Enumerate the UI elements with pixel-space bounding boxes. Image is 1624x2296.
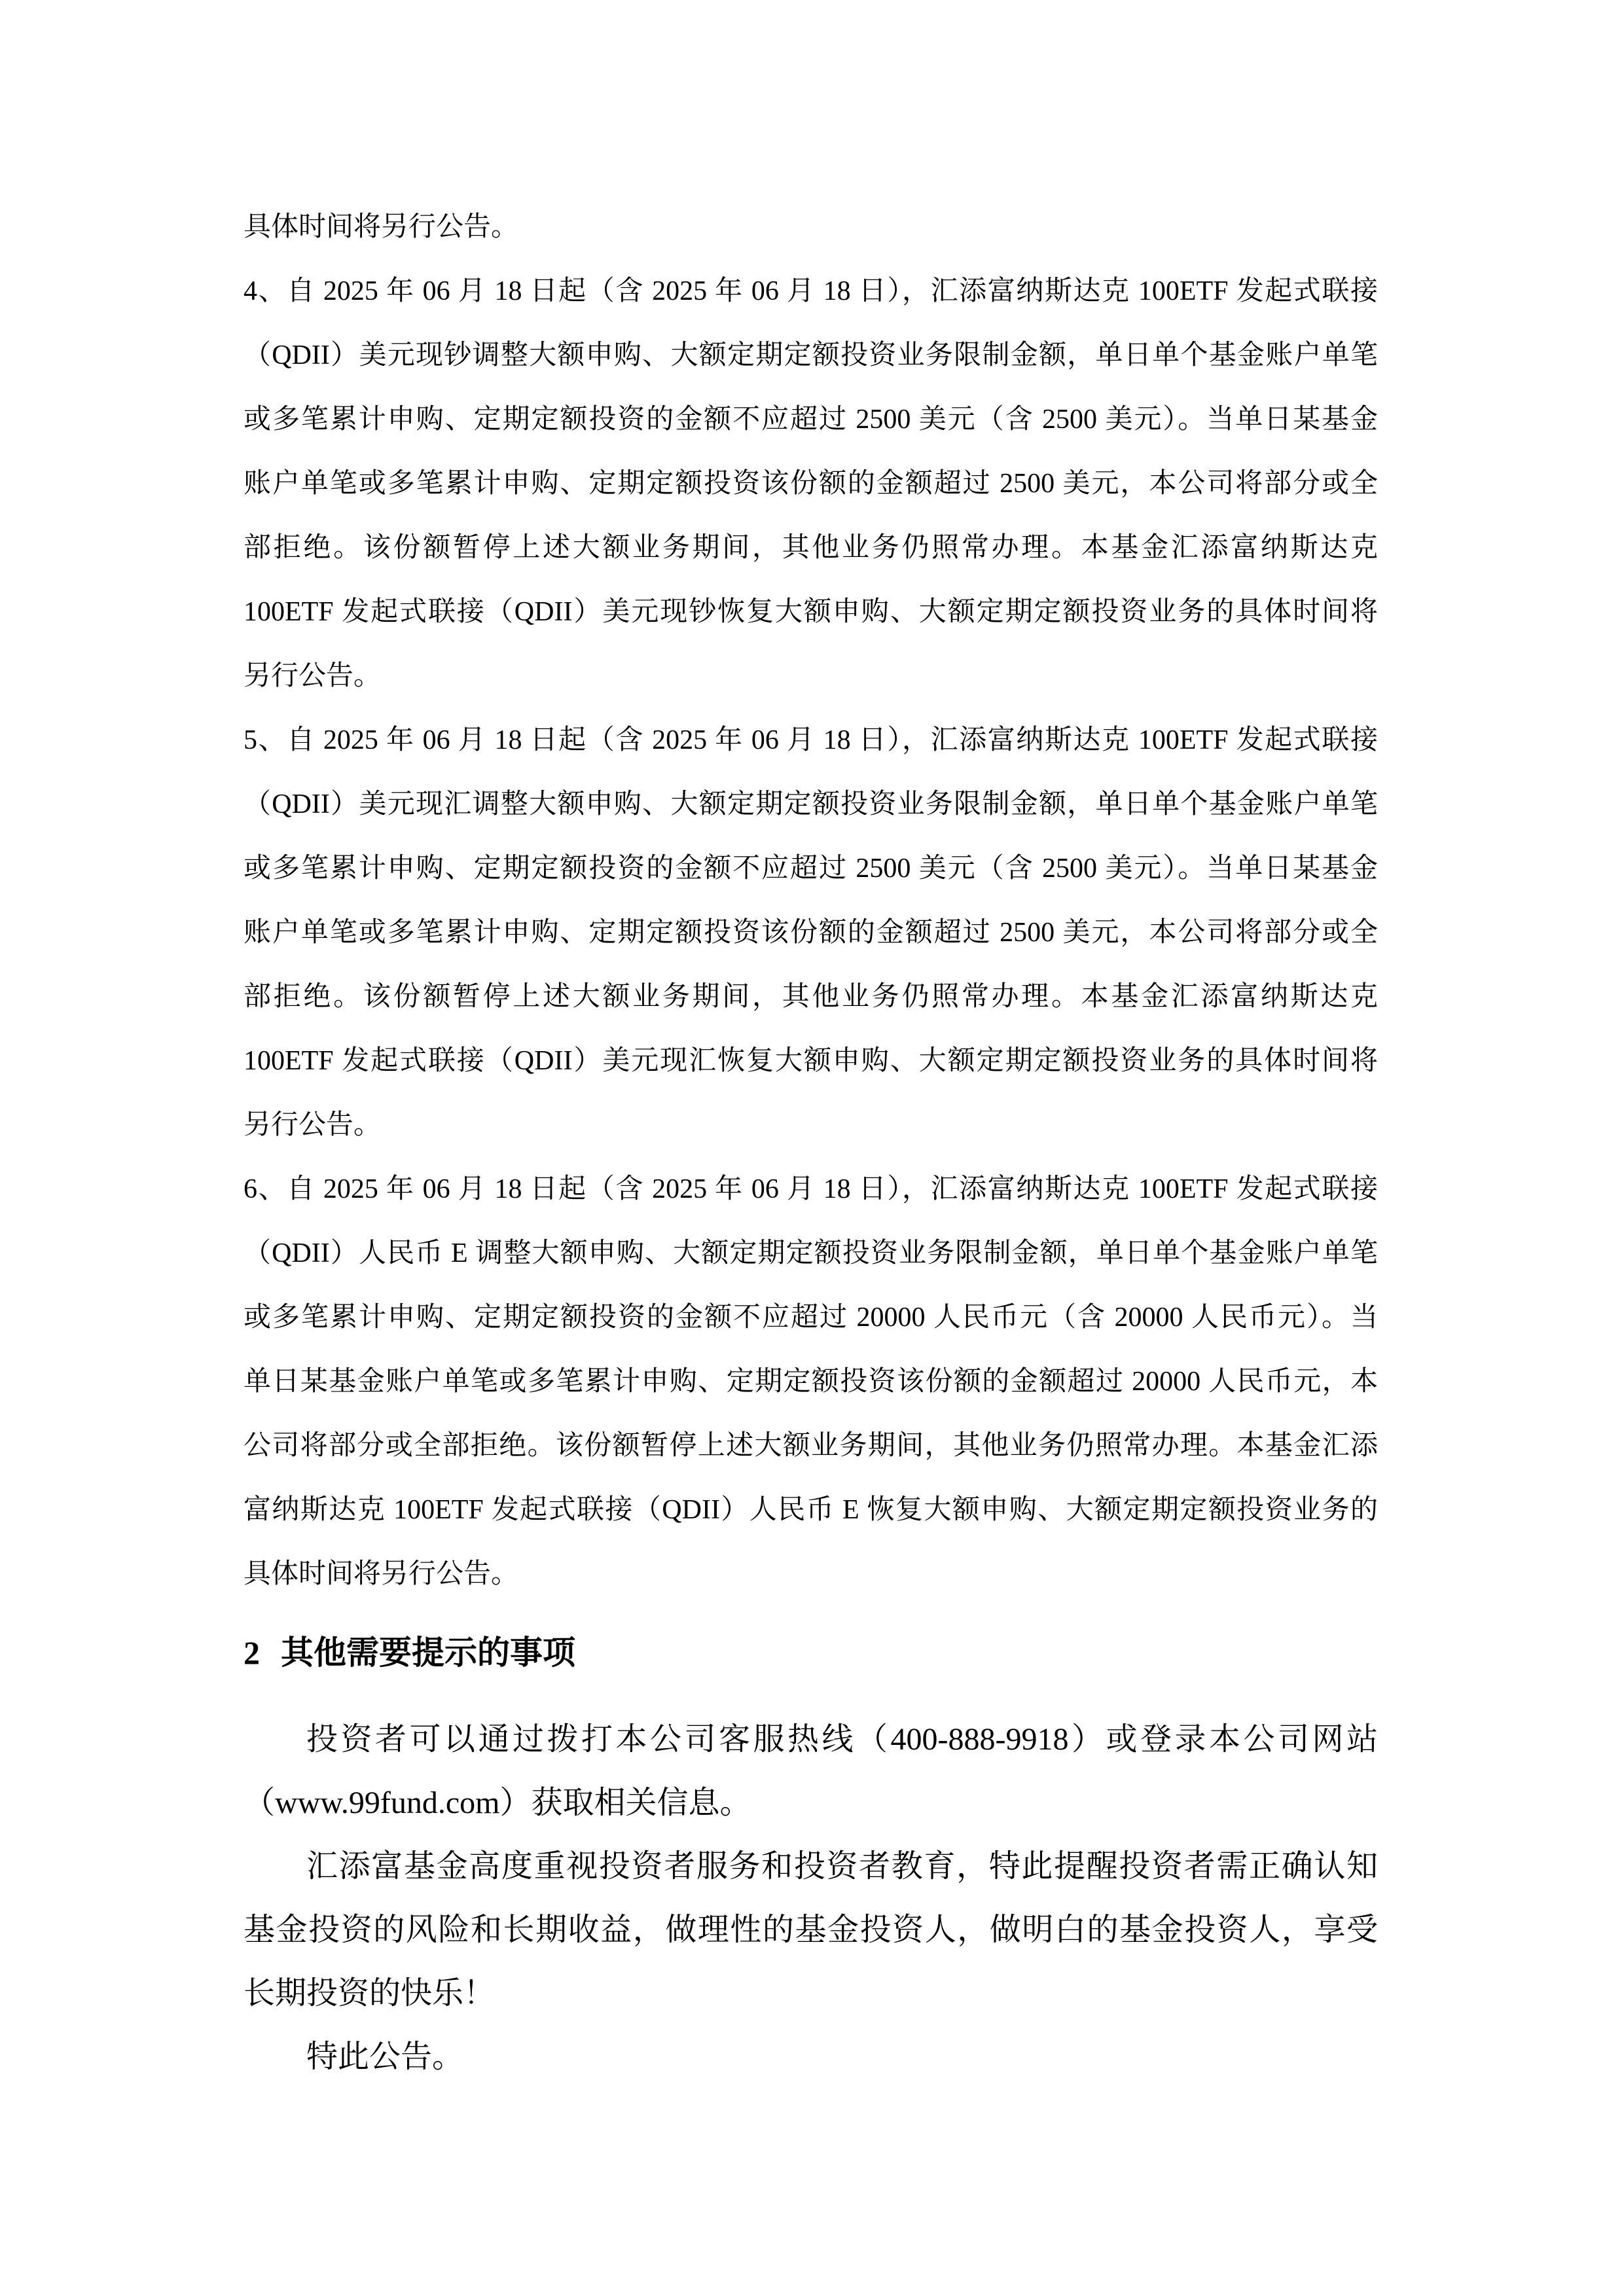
notes-line: 特此公告。 [244, 2025, 1378, 2089]
body-line: 100ETF 发起式联接（QDII）美元现汇恢复大额申购、大额定期定额投资业务的… [244, 1029, 1378, 1093]
body-line: 账户单笔或多笔累计申购、定期定额投资该份额的金额超过 2500 美元，本公司将部… [244, 901, 1378, 965]
body-line: 或多笔累计申购、定期定额投资的金额不应超过 2500 美元（含 2500 美元）… [244, 387, 1378, 452]
body-line: 富纳斯达克 100ETF 发起式联接（QDII）人民币 E 恢复大额申购、大额定… [244, 1478, 1378, 1542]
notes-line: 长期投资的快乐！ [244, 1962, 1378, 2025]
notes-line: 基金投资的风险和长期收益，做理性的基金投资人，做明白的基金投资人，享受 [244, 1898, 1378, 1962]
notes-line: 投资者可以通过拨打本公司客服热线（400-888-9918）或登录本公司网站 [244, 1708, 1378, 1771]
body-line: 公司将部分或全部拒绝。该份额暂停上述大额业务期间，其他业务仍照常办理。本基金汇添 [244, 1414, 1378, 1478]
body-line: 账户单笔或多笔累计申购、定期定额投资该份额的金额超过 2500 美元，本公司将部… [244, 452, 1378, 516]
body-line: 具体时间将另行公告。 [244, 195, 1378, 259]
body-line: 部拒绝。该份额暂停上述大额业务期间，其他业务仍照常办理。本基金汇添富纳斯达克 [244, 965, 1378, 1029]
announcement-content: 具体时间将另行公告。 4、自 2025 年 06 月 18 日起（含 2025 … [244, 0, 1378, 2089]
body-line: 4、自 2025 年 06 月 18 日起（含 2025 年 06 月 18 日… [244, 259, 1378, 323]
body-line: 6、自 2025 年 06 月 18 日起（含 2025 年 06 月 18 日… [244, 1157, 1378, 1221]
body-line: （QDII）人民币 E 调整大额申购、大额定期定额投资业务限制金额，单日单个基金… [244, 1221, 1378, 1285]
section-heading: 2其他需要提示的事项 [244, 1621, 1378, 1685]
section-heading-number: 2 [244, 1634, 260, 1671]
body-line: 另行公告。 [244, 644, 1378, 708]
notes-line: （www.99fund.com）获取相关信息。 [244, 1771, 1378, 1835]
other-notes: 投资者可以通过拨打本公司客服热线（400-888-9918）或登录本公司网站 （… [244, 1708, 1378, 2089]
notes-line: 汇添富基金高度重视投资者服务和投资者教育，特此提醒投资者需正确认知 [244, 1835, 1378, 1898]
body-line: （QDII）美元现汇调整大额申购、大额定期定额投资业务限制金额，单日单个基金账户… [244, 772, 1378, 836]
body-line: 部拒绝。该份额暂停上述大额业务期间，其他业务仍照常办理。本基金汇添富纳斯达克 [244, 516, 1378, 580]
body-line: 5、自 2025 年 06 月 18 日起（含 2025 年 06 月 18 日… [244, 708, 1378, 772]
body-line: 或多笔累计申购、定期定额投资的金额不应超过 20000 人民币元（含 20000… [244, 1285, 1378, 1350]
section-heading-title: 其他需要提示的事项 [281, 1634, 575, 1671]
body-line: 具体时间将另行公告。 [244, 1542, 1378, 1606]
body-line: 单日某基金账户单笔或多笔累计申购、定期定额投资该份额的金额超过 20000 人民… [244, 1350, 1378, 1414]
body-line: 或多笔累计申购、定期定额投资的金额不应超过 2500 美元（含 2500 美元）… [244, 836, 1378, 901]
body-line: 另行公告。 [244, 1093, 1378, 1157]
body-line: 100ETF 发起式联接（QDII）美元现钞恢复大额申购、大额定期定额投资业务的… [244, 580, 1378, 644]
announcement-page: 具体时间将另行公告。 4、自 2025 年 06 月 18 日起（含 2025 … [0, 0, 1624, 2296]
announcement-body: 具体时间将另行公告。 4、自 2025 年 06 月 18 日起（含 2025 … [244, 195, 1378, 1606]
body-line: （QDII）美元现钞调整大额申购、大额定期定额投资业务限制金额，单日单个基金账户… [244, 323, 1378, 387]
